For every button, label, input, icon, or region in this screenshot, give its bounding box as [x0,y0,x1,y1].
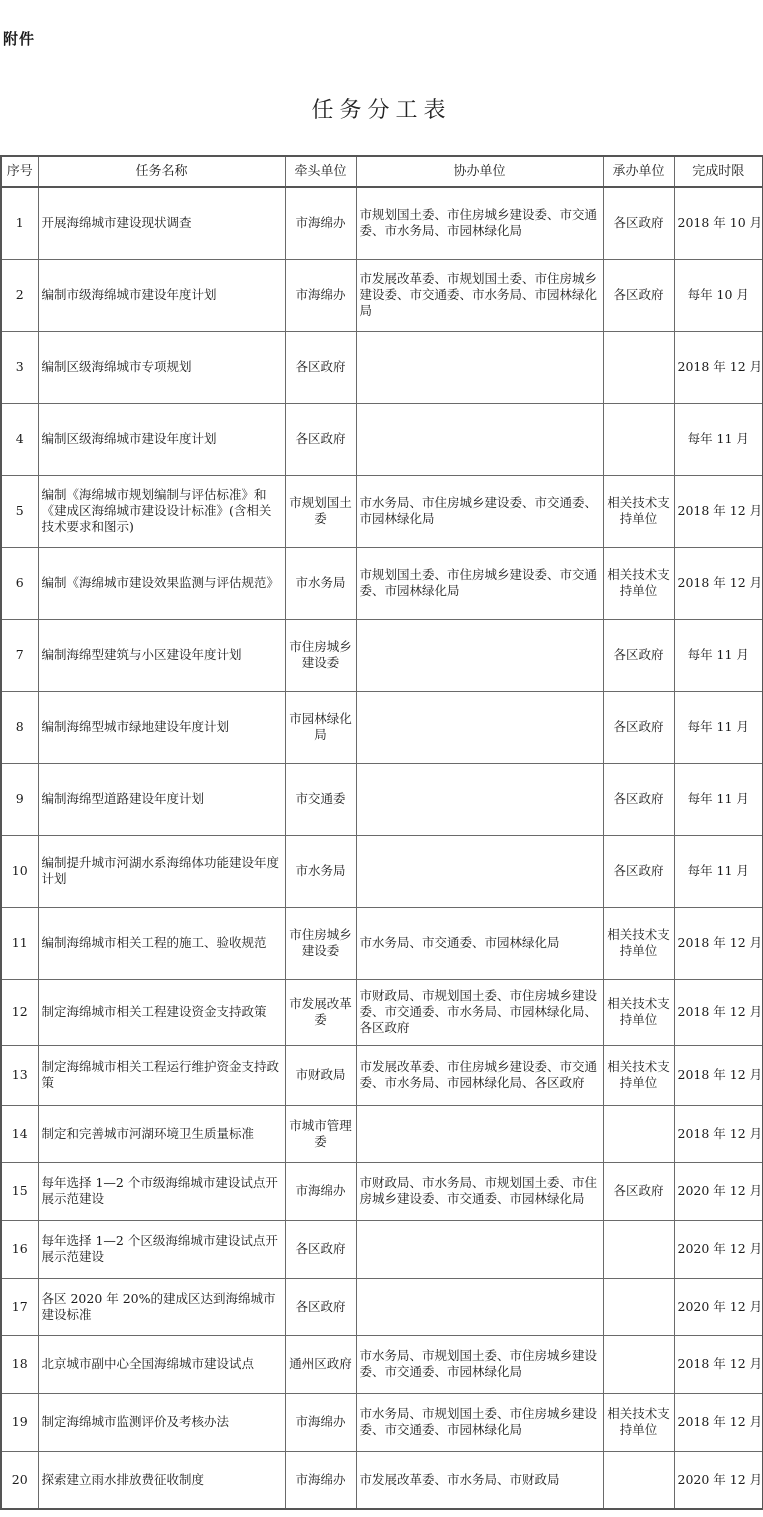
cell-lead-unit: 市海绵办 [285,1451,356,1509]
header-lead-unit: 牵头单位 [285,156,356,187]
cell-deadline: 每年 11 月 [674,403,763,475]
cell-lead-unit: 市海绵办 [285,1162,356,1220]
cell-deadline: 2020 年 12 月 [674,1162,763,1220]
header-task-name: 任务名称 [38,156,285,187]
cell-no: 5 [1,475,38,547]
table-row: 5编制《海绵城市规划编制与评估标准》和《建成区海绵城市建设设计标准》(含相关技术… [1,475,763,547]
cell-lead-unit: 市住房城乡建设委 [285,907,356,979]
table-row: 13制定海绵城市相关工程运行维护资金支持政策市财政局市发展改革委、市住房城乡建设… [1,1045,763,1105]
cell-executing-unit [603,1220,674,1278]
cell-deadline: 2018 年 12 月 [674,1335,763,1393]
cell-cooperating-units [356,1278,603,1335]
cell-lead-unit: 市交通委 [285,763,356,835]
cell-deadline: 2020 年 12 月 [674,1451,763,1509]
cell-task-name: 北京城市副中心全国海绵城市建设试点 [38,1335,285,1393]
table-row: 15每年选择 1—2 个市级海绵城市建设试点开展示范建设市海绵办市财政局、市水务… [1,1162,763,1220]
cell-no: 16 [1,1220,38,1278]
cell-executing-unit: 相关技术支持单位 [603,475,674,547]
cell-cooperating-units [356,619,603,691]
cell-cooperating-units: 市财政局、市水务局、市规划国土委、市住房城乡建设委、市交通委、市园林绿化局 [356,1162,603,1220]
cell-task-name: 制定和完善城市河湖环境卫生质量标准 [38,1105,285,1162]
cell-task-name: 制定海绵城市监测评价及考核办法 [38,1393,285,1451]
cell-task-name: 编制海绵城市相关工程的施工、验收规范 [38,907,285,979]
cell-deadline: 2020 年 12 月 [674,1220,763,1278]
cell-cooperating-units: 市规划国土委、市住房城乡建设委、市交通委、市水务局、市园林绿化局 [356,187,603,259]
table-row: 7编制海绵型建筑与小区建设年度计划市住房城乡建设委各区政府每年 11 月 [1,619,763,691]
cell-cooperating-units: 市发展改革委、市规划国土委、市住房城乡建设委、市交通委、市水务局、市园林绿化局 [356,259,603,331]
cell-deadline: 2018 年 10 月 [674,187,763,259]
cell-task-name: 编制区级海绵城市建设年度计划 [38,403,285,475]
table-row: 3编制区级海绵城市专项规划各区政府2018 年 12 月 [1,331,763,403]
cell-no: 8 [1,691,38,763]
table-row: 16每年选择 1—2 个区级海绵城市建设试点开展示范建设各区政府2020 年 1… [1,1220,763,1278]
cell-cooperating-units: 市发展改革委、市水务局、市财政局 [356,1451,603,1509]
table-row: 20探索建立雨水排放费征收制度市海绵办市发展改革委、市水务局、市财政局2020 … [1,1451,763,1509]
cell-executing-unit [603,1105,674,1162]
cell-executing-unit: 相关技术支持单位 [603,979,674,1045]
cell-task-name: 编制《海绵城市建设效果监测与评估规范》 [38,547,285,619]
header-no: 序号 [1,156,38,187]
cell-no: 17 [1,1278,38,1335]
table-row: 17各区 2020 年 20%的建成区达到海绵城市建设标准各区政府2020 年 … [1,1278,763,1335]
cell-task-name: 编制市级海绵城市建设年度计划 [38,259,285,331]
table-row: 1开展海绵城市建设现状调查市海绵办市规划国土委、市住房城乡建设委、市交通委、市水… [1,187,763,259]
cell-no: 1 [1,187,38,259]
table-row: 6编制《海绵城市建设效果监测与评估规范》市水务局市规划国土委、市住房城乡建设委、… [1,547,763,619]
attachment-label: 附件 [3,28,35,49]
cell-executing-unit: 各区政府 [603,187,674,259]
cell-deadline: 2018 年 12 月 [674,1393,763,1451]
cell-deadline: 每年 11 月 [674,691,763,763]
cell-deadline: 2018 年 12 月 [674,475,763,547]
cell-task-name: 探索建立雨水排放费征收制度 [38,1451,285,1509]
table-row: 14制定和完善城市河湖环境卫生质量标准市城市管理委2018 年 12 月 [1,1105,763,1162]
cell-no: 9 [1,763,38,835]
cell-no: 12 [1,979,38,1045]
cell-deadline: 2018 年 12 月 [674,907,763,979]
cell-lead-unit: 市财政局 [285,1045,356,1105]
cell-executing-unit: 各区政府 [603,691,674,763]
table-row: 9编制海绵型道路建设年度计划市交通委各区政府每年 11 月 [1,763,763,835]
cell-executing-unit: 相关技术支持单位 [603,547,674,619]
cell-cooperating-units: 市规划国土委、市住房城乡建设委、市交通委、市园林绿化局 [356,547,603,619]
cell-cooperating-units [356,331,603,403]
cell-executing-unit: 各区政府 [603,763,674,835]
cell-cooperating-units [356,835,603,907]
cell-task-name: 制定海绵城市相关工程建设资金支持政策 [38,979,285,1045]
cell-cooperating-units [356,763,603,835]
cell-no: 4 [1,403,38,475]
cell-no: 13 [1,1045,38,1105]
cell-no: 10 [1,835,38,907]
cell-task-name: 编制提升城市河湖水系海绵体功能建设年度计划 [38,835,285,907]
cell-lead-unit: 市海绵办 [285,259,356,331]
cell-no: 20 [1,1451,38,1509]
table-row: 11编制海绵城市相关工程的施工、验收规范市住房城乡建设委市水务局、市交通委、市园… [1,907,763,979]
cell-executing-unit [603,1451,674,1509]
table-row: 10编制提升城市河湖水系海绵体功能建设年度计划市水务局各区政府每年 11 月 [1,835,763,907]
cell-task-name: 各区 2020 年 20%的建成区达到海绵城市建设标准 [38,1278,285,1335]
cell-cooperating-units: 市发展改革委、市住房城乡建设委、市交通委、市水务局、市园林绿化局、各区政府 [356,1045,603,1105]
cell-executing-unit [603,1278,674,1335]
cell-no: 2 [1,259,38,331]
table-row: 18北京城市副中心全国海绵城市建设试点通州区政府市水务局、市规划国土委、市住房城… [1,1335,763,1393]
cell-no: 11 [1,907,38,979]
cell-deadline: 2018 年 12 月 [674,331,763,403]
cell-executing-unit [603,403,674,475]
cell-deadline: 每年 10 月 [674,259,763,331]
cell-no: 7 [1,619,38,691]
cell-lead-unit: 通州区政府 [285,1335,356,1393]
cell-lead-unit: 各区政府 [285,331,356,403]
cell-lead-unit: 市住房城乡建设委 [285,619,356,691]
cell-task-name: 每年选择 1—2 个市级海绵城市建设试点开展示范建设 [38,1162,285,1220]
cell-task-name: 编制《海绵城市规划编制与评估标准》和《建成区海绵城市建设设计标准》(含相关技术要… [38,475,285,547]
cell-lead-unit: 市规划国土委 [285,475,356,547]
cell-task-name: 每年选择 1—2 个区级海绵城市建设试点开展示范建设 [38,1220,285,1278]
cell-cooperating-units: 市水务局、市住房城乡建设委、市交通委、市园林绿化局 [356,475,603,547]
table-header-row: 序号 任务名称 牵头单位 协办单位 承办单位 完成时限 [1,156,763,187]
cell-deadline: 2018 年 12 月 [674,979,763,1045]
cell-executing-unit: 各区政府 [603,259,674,331]
cell-lead-unit: 市海绵办 [285,1393,356,1451]
cell-deadline: 每年 11 月 [674,835,763,907]
task-assignment-table: 序号 任务名称 牵头单位 协办单位 承办单位 完成时限 1开展海绵城市建设现状调… [0,155,763,1510]
table-row: 19制定海绵城市监测评价及考核办法市海绵办市水务局、市规划国土委、市住房城乡建设… [1,1393,763,1451]
cell-task-name: 开展海绵城市建设现状调查 [38,187,285,259]
cell-no: 18 [1,1335,38,1393]
cell-cooperating-units [356,403,603,475]
cell-task-name: 编制海绵型建筑与小区建设年度计划 [38,619,285,691]
cell-no: 19 [1,1393,38,1451]
cell-executing-unit [603,1335,674,1393]
cell-lead-unit: 市海绵办 [285,187,356,259]
cell-cooperating-units: 市水务局、市交通委、市园林绿化局 [356,907,603,979]
cell-cooperating-units: 市水务局、市规划国土委、市住房城乡建设委、市交通委、市园林绿化局 [356,1335,603,1393]
header-executing-unit: 承办单位 [603,156,674,187]
cell-deadline: 2018 年 12 月 [674,1105,763,1162]
cell-deadline: 2018 年 12 月 [674,1045,763,1105]
cell-lead-unit: 各区政府 [285,1220,356,1278]
table-row: 2编制市级海绵城市建设年度计划市海绵办市发展改革委、市规划国土委、市住房城乡建设… [1,259,763,331]
cell-cooperating-units [356,691,603,763]
cell-no: 6 [1,547,38,619]
table-row: 12制定海绵城市相关工程建设资金支持政策市发展改革委市财政局、市规划国土委、市住… [1,979,763,1045]
cell-deadline: 2020 年 12 月 [674,1278,763,1335]
cell-executing-unit [603,331,674,403]
cell-cooperating-units: 市财政局、市规划国土委、市住房城乡建设委、市交通委、市水务局、市园林绿化局、各区… [356,979,603,1045]
cell-executing-unit: 各区政府 [603,619,674,691]
cell-executing-unit: 各区政府 [603,835,674,907]
cell-lead-unit: 各区政府 [285,1278,356,1335]
cell-executing-unit: 各区政府 [603,1162,674,1220]
cell-deadline: 每年 11 月 [674,763,763,835]
cell-lead-unit: 各区政府 [285,403,356,475]
cell-lead-unit: 市发展改革委 [285,979,356,1045]
cell-lead-unit: 市水务局 [285,835,356,907]
cell-task-name: 制定海绵城市相关工程运行维护资金支持政策 [38,1045,285,1105]
header-deadline: 完成时限 [674,156,763,187]
cell-cooperating-units: 市水务局、市规划国土委、市住房城乡建设委、市交通委、市园林绿化局 [356,1393,603,1451]
cell-lead-unit: 市水务局 [285,547,356,619]
cell-no: 14 [1,1105,38,1162]
cell-no: 15 [1,1162,38,1220]
cell-task-name: 编制海绵型道路建设年度计划 [38,763,285,835]
page-title: 任务分工表 [0,93,763,124]
cell-cooperating-units [356,1220,603,1278]
table-row: 8编制海绵型城市绿地建设年度计划市园林绿化局各区政府每年 11 月 [1,691,763,763]
cell-executing-unit: 相关技术支持单位 [603,1393,674,1451]
table-row: 4编制区级海绵城市建设年度计划各区政府每年 11 月 [1,403,763,475]
cell-executing-unit: 相关技术支持单位 [603,1045,674,1105]
cell-task-name: 编制海绵型城市绿地建设年度计划 [38,691,285,763]
cell-lead-unit: 市园林绿化局 [285,691,356,763]
cell-task-name: 编制区级海绵城市专项规划 [38,331,285,403]
cell-deadline: 2018 年 12 月 [674,547,763,619]
cell-no: 3 [1,331,38,403]
header-cooperating-units: 协办单位 [356,156,603,187]
cell-deadline: 每年 11 月 [674,619,763,691]
cell-executing-unit: 相关技术支持单位 [603,907,674,979]
cell-lead-unit: 市城市管理委 [285,1105,356,1162]
cell-cooperating-units [356,1105,603,1162]
